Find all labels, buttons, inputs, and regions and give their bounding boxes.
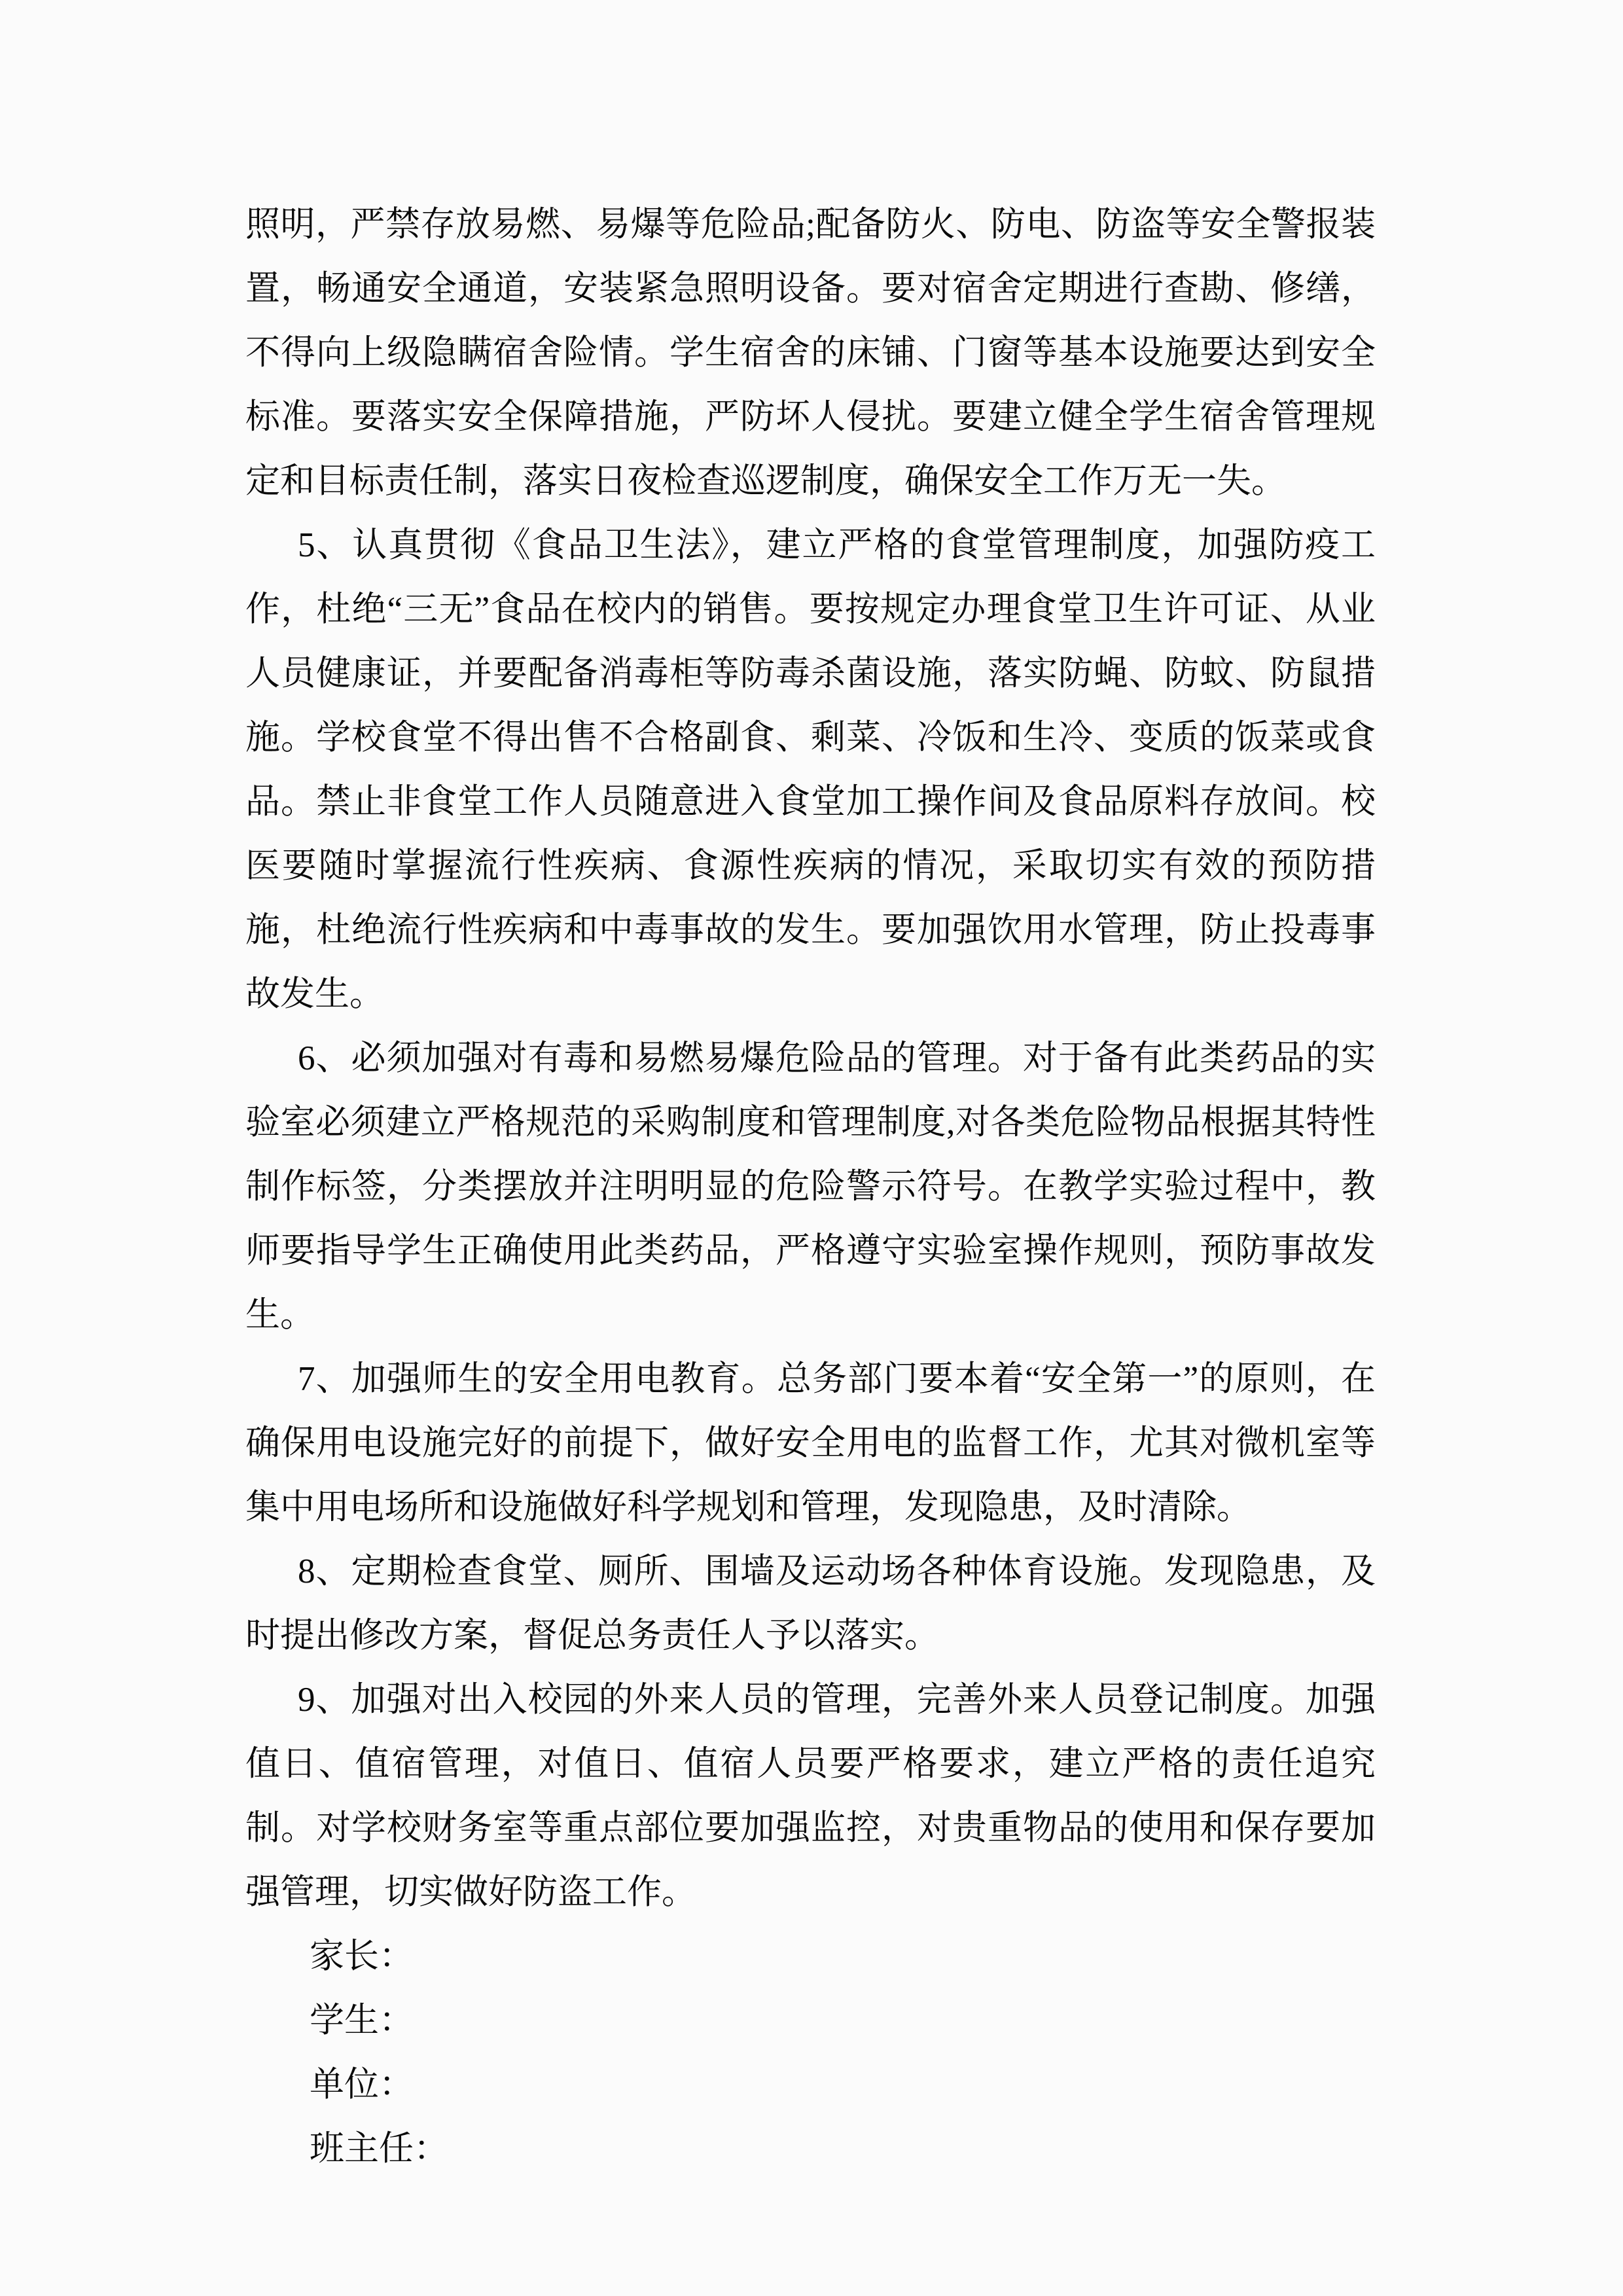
paragraph-item-6: 6、必须加强对有毒和易燃易爆危险品的管理。对于备有此类药品的实验室必须建立严格规… [245,1026,1376,1347]
paragraph-item-7: 7、加强师生的安全用电教育。总务部门要本着“安全第一”的原则，在确保用电设施完好… [245,1347,1376,1539]
signature-line-unit: 单位： [245,2053,1376,2117]
signature-line-head-teacher: 班主任： [245,2117,1376,2181]
paragraph-item-9: 9、加强对出入校园的外来人员的管理，完善外来人员登记制度。加强值日、值宿管理，对… [245,1668,1376,1924]
paragraph-item-5: 5、认真贯彻《食品卫生法》，建立严格的食堂管理制度，加强防疫工作，杜绝“三无”食… [245,513,1376,1026]
paragraph-item-8: 8、定期检查食堂、厕所、围墙及运动场各种体育设施。发现隐患，及时提出修改方案，督… [245,1539,1376,1668]
paragraph-continuation: 照明，严禁存放易燃、易爆等危险品;配备防火、防电、防盗等安全警报装置，畅通安全通… [245,192,1376,513]
document-page: 照明，严禁存放易燃、易爆等危险品;配备防火、防电、防盗等安全警报装置，畅通安全通… [0,0,1623,2296]
signature-line-student: 学生： [245,1988,1376,2053]
signature-line-parent: 家长： [245,1924,1376,1988]
